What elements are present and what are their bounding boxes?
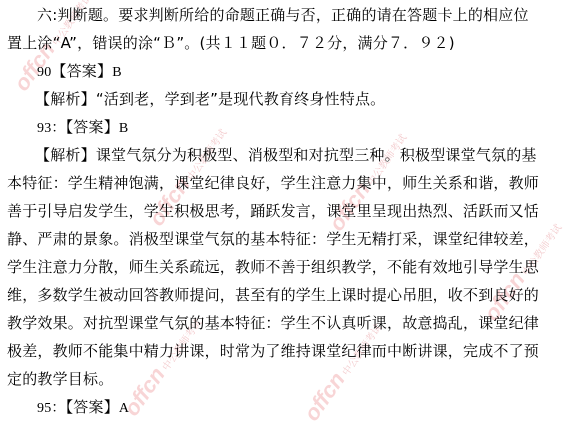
question-93-analysis-line: 善于引导启发学生，学生积极思考，踊跃发言，课堂里呈现出热烈、活跃而又恬 [7, 197, 563, 225]
analysis-label: 【解析】 [35, 90, 96, 108]
question-93-analysis-line: 静、严肃的景象。消极型课堂气氛的基本特征：学生无精打采，课堂纪律较差， [7, 225, 563, 253]
question-93-analysis-line: 教学效果。对抗型课堂气氛的基本特征：学生不认真听课，故意捣乱，课堂纪律 [7, 309, 563, 337]
answer-value: B [112, 65, 122, 80]
question-93-analysis-line: 本特征：学生精神饱满，课堂纪律良好，学生注意力集中，师生关系和谐，教师 [7, 169, 563, 197]
analysis-text: 课堂气氛分为积极型、消极型和对抗型三种。积极型课堂气氛的基 [96, 146, 537, 164]
question-93-analysis-line: 极差，教师不能集中精力讲课，时常为了维持课堂纪律而中断讲课，完成不了预 [7, 337, 563, 365]
question-number: 95： [37, 401, 66, 416]
question-93-analysis-line: 维，多数学生被动回答教师提问，甚至有的学生上课时提心吊胆，收不到良好的 [7, 281, 563, 309]
question-93-answer: 93：【答案】B [7, 113, 563, 141]
question-93-analysis-line: 学生注意力分散，师生关系疏远，教师不善于组织教学，不能有效地引导学生思 [7, 253, 563, 281]
question-90-answer: 90【答案】B [7, 57, 563, 85]
answer-label: 【答案】 [66, 398, 119, 416]
answer-value: B [119, 121, 129, 136]
question-number: 90 [37, 65, 51, 80]
question-number: 93： [37, 121, 66, 136]
section-header-line-1: 六:判断题。要求判断所给的命题正确与否，正确的请在答题卡上的相应位 [7, 1, 563, 29]
section-header-line-2: 置上涂“A”，错误的涂“Ｂ”。(共１１题０．７２分，满分７．９２) [7, 29, 563, 57]
question-93-analysis-line: 定的教学目标。 [7, 365, 563, 393]
analysis-text: “活到老，学到老”是现代教育终身性特点。 [96, 90, 386, 108]
question-95-answer: 95：【答案】A [7, 393, 563, 421]
question-90-analysis: 【解析】“活到老，学到老”是现代教育终身性特点。 [7, 85, 563, 113]
answer-value: A [119, 401, 129, 416]
document-body: 六:判断题。要求判断所给的命题正确与否，正确的请在答题卡上的相应位 置上涂“A”… [7, 1, 563, 421]
analysis-label: 【解析】 [35, 146, 96, 164]
answer-label: 【答案】 [66, 118, 119, 136]
question-93-analysis-line: 【解析】课堂气氛分为积极型、消极型和对抗型三种。积极型课堂气氛的基 [7, 141, 563, 169]
answer-label: 【答案】 [51, 62, 112, 80]
